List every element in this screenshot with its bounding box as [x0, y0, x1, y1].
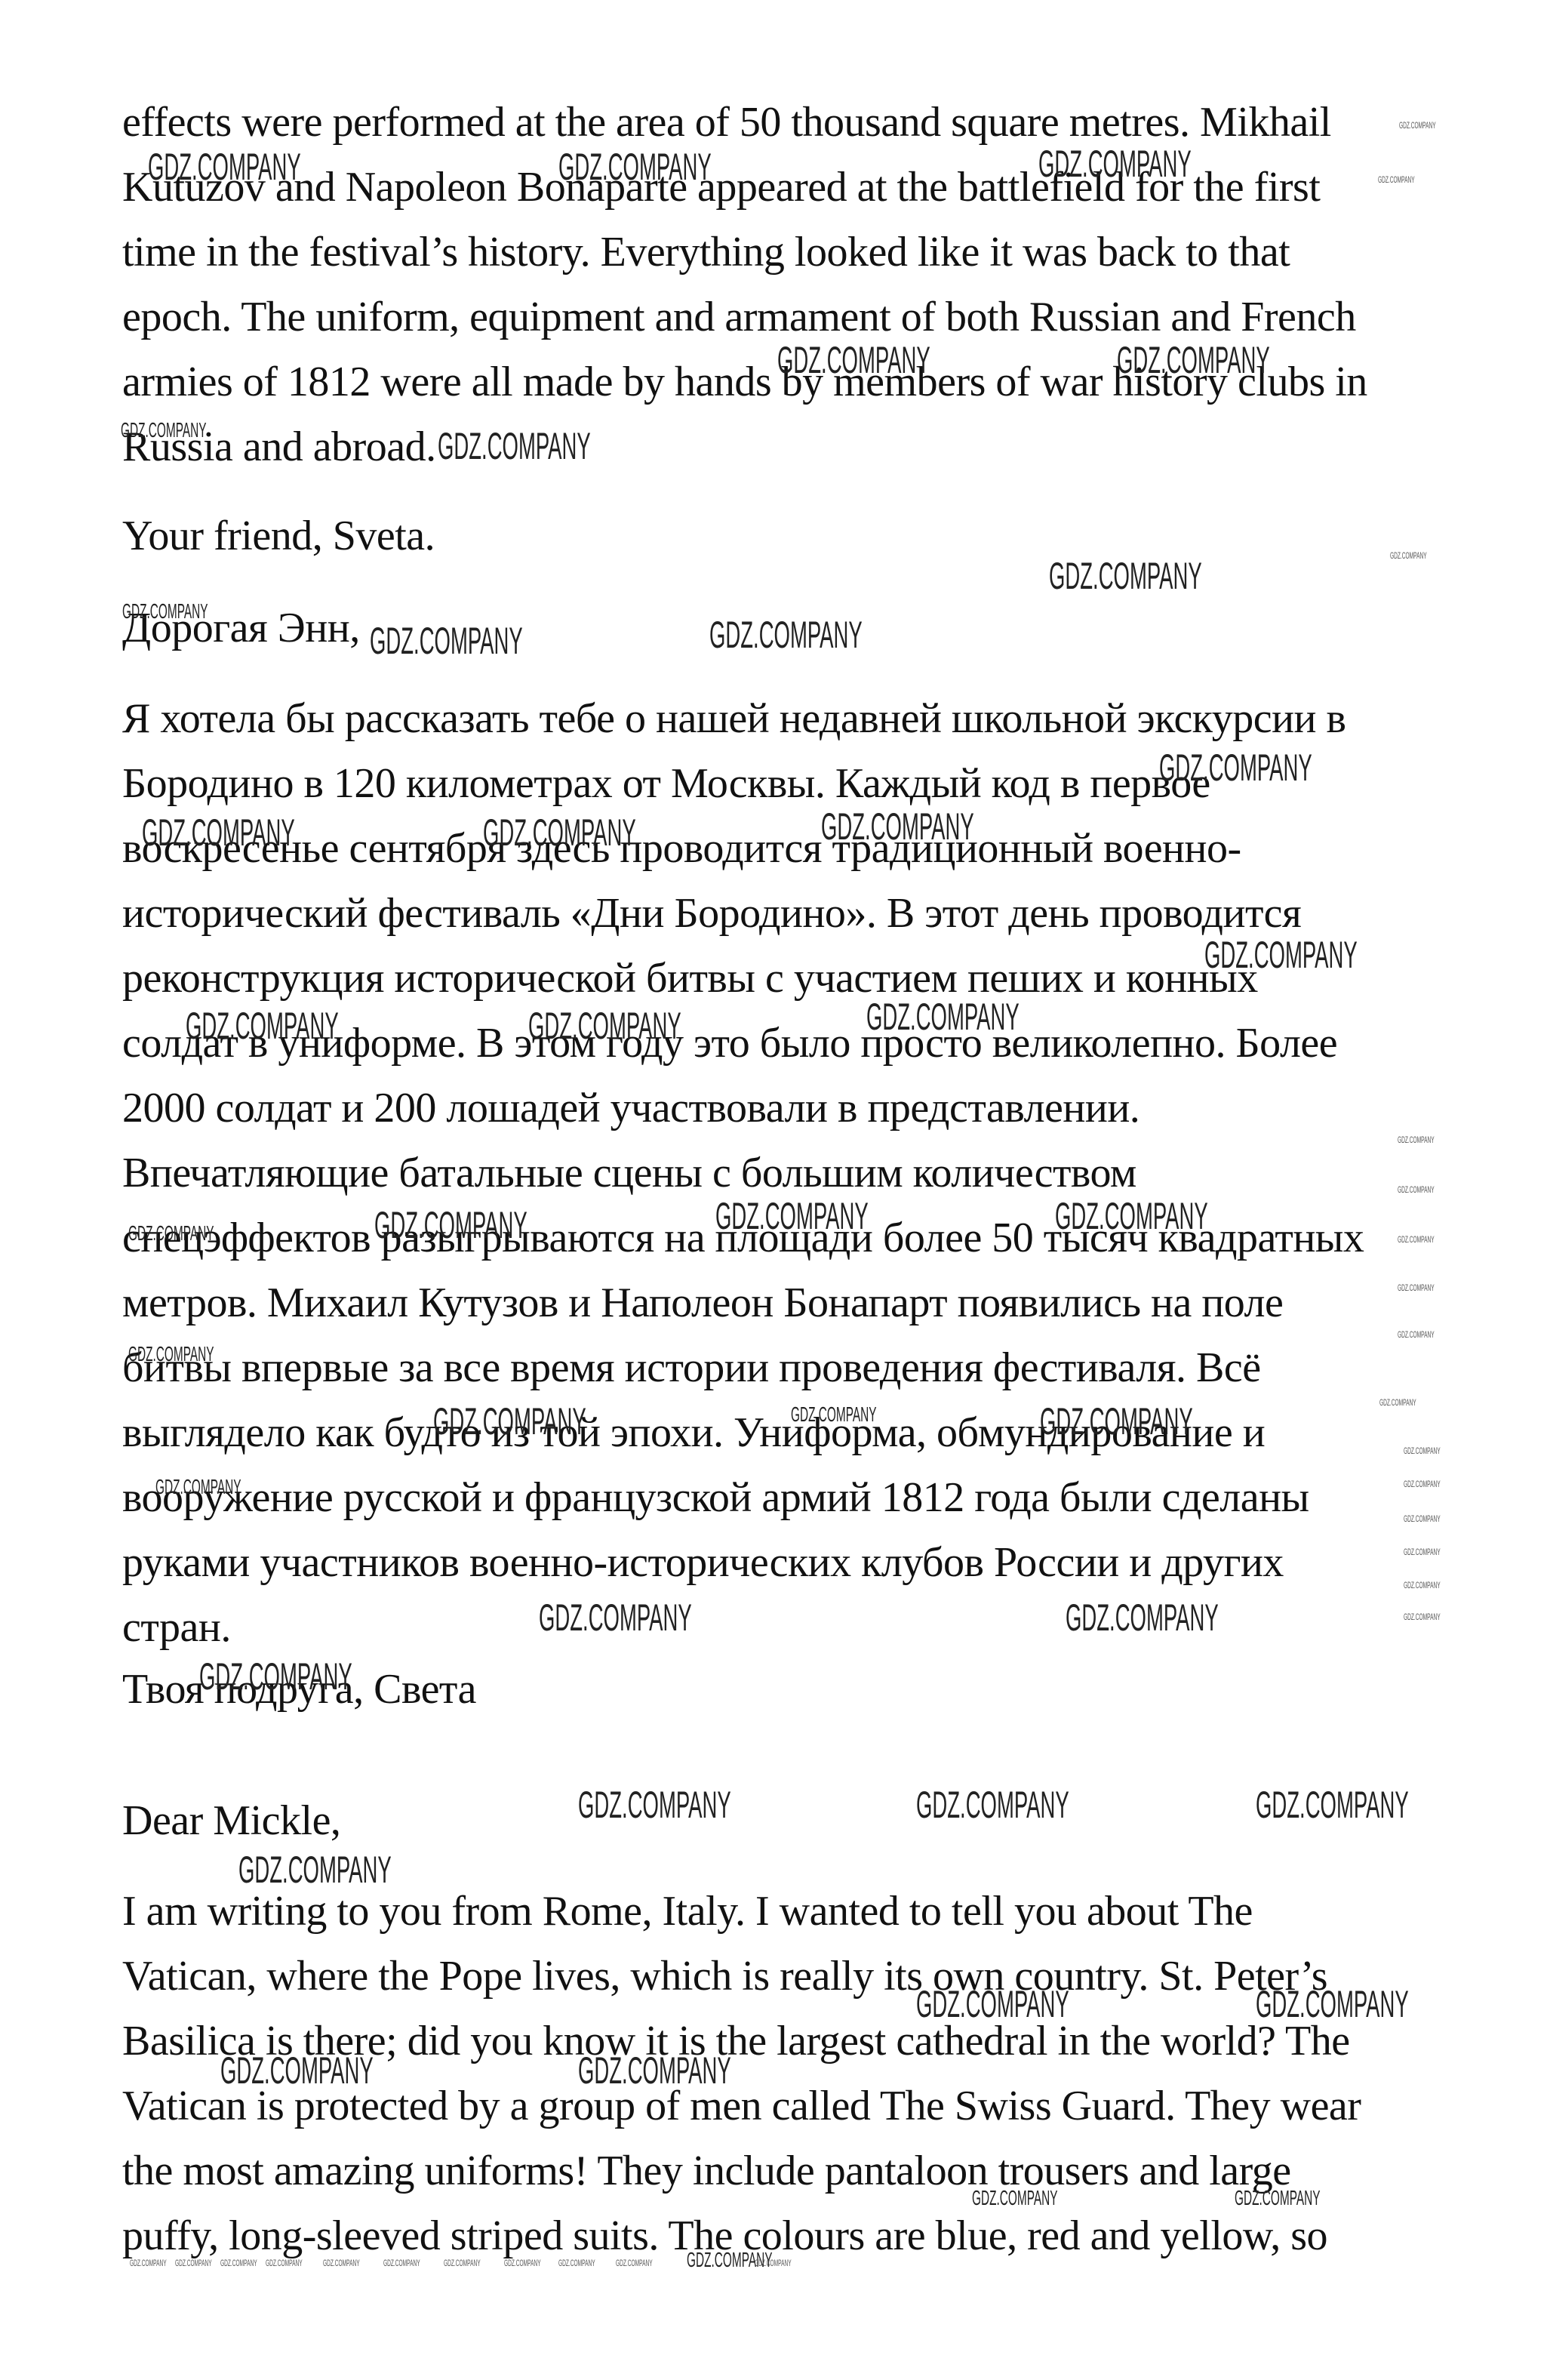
watermark: GDZ.COMPANY	[578, 1786, 731, 1824]
text-line: Basilica is there; did you know it is th…	[122, 2017, 1350, 2065]
text-line: вооружение русской и французской армий 1…	[122, 1473, 1309, 1522]
text-line: 2000 солдат и 200 лошадей участвовали в …	[122, 1084, 1139, 1132]
watermark: GDZ.COMPANY	[1066, 1599, 1219, 1636]
text-line: битвы впервые за все время истории прове…	[122, 1344, 1261, 1392]
text-line: выглядело как будто из той эпохи. Унифор…	[122, 1409, 1265, 1457]
text-line: puffy, long-sleeved striped suits. The c…	[122, 2212, 1327, 2260]
text-line: Russia and abroad.	[122, 423, 436, 471]
text-line: Впечатляющие батальные сцены с большим к…	[122, 1149, 1136, 1197]
text-line: спецэффектов разыгрываются на площади бо…	[122, 1214, 1364, 1262]
watermark: GDZ.COMPANY	[1398, 1185, 1435, 1194]
watermark: GDZ.COMPANY	[1398, 1135, 1435, 1144]
text-line: Kutuzov and Napoleon Bonaparte appeared …	[122, 163, 1320, 211]
watermark: GDZ.COMPANY	[1378, 175, 1415, 184]
signoff: Твоя подруга, Света	[122, 1665, 476, 1713]
text-line: Я хотела бы рассказать тебе о нашей неда…	[122, 694, 1346, 743]
watermark: GDZ.COMPANY	[438, 427, 591, 465]
text-line: effects were performed at the area of 50…	[122, 98, 1331, 146]
watermark: GDZ.COMPANY	[1390, 551, 1427, 560]
text-line: epoch. The uniform, equipment and armame…	[122, 293, 1356, 341]
watermark: GDZ.COMPANY	[1404, 1479, 1441, 1489]
watermark: GDZ.COMPANY	[238, 1851, 392, 1889]
watermark: GDZ.COMPANY	[1399, 121, 1436, 130]
watermark: GDZ.COMPANY	[1404, 1446, 1441, 1455]
text-line: реконструкция исторической битвы с участ…	[122, 954, 1258, 1002]
text-line: солдат в униформе. В этом году это было …	[122, 1019, 1337, 1067]
text-line: I am writing to you from Rome, Italy. I …	[122, 1887, 1253, 1935]
text-line: Vatican is protected by a group of men c…	[122, 2082, 1361, 2130]
text-line: метров. Михаил Кутузов и Наполеон Бонапа…	[122, 1279, 1283, 1327]
watermark: GDZ.COMPANY	[370, 622, 523, 660]
text-line: time in the festival’s history. Everythi…	[122, 228, 1290, 276]
watermark: GDZ.COMPANY	[1256, 1786, 1409, 1824]
watermark: GDZ.COMPANY	[1049, 557, 1202, 595]
text-line: Бородино в 120 километрах от Москвы. Каж…	[122, 759, 1210, 808]
text-line: Vatican, where the Pope lives, which is …	[122, 1952, 1327, 2000]
greeting: Dear Mickle,	[122, 1797, 340, 1845]
watermark: GDZ.COMPANY	[1398, 1283, 1435, 1292]
text-line: стран.	[122, 1603, 231, 1652]
text-line: исторический фестиваль «Дни Бородино». В…	[122, 889, 1301, 938]
watermark: GDZ.COMPANY	[539, 1599, 692, 1636]
watermark: GDZ.COMPANY	[1404, 1547, 1441, 1556]
watermark: GDZ.COMPANY	[1398, 1330, 1435, 1339]
text-line: armies of 1812 were all made by hands by…	[122, 358, 1367, 406]
watermark: GDZ.COMPANY	[1404, 1612, 1441, 1621]
watermark: GDZ.COMPANY	[1379, 1398, 1416, 1407]
text-line: руками участников военно-исторических кл…	[122, 1538, 1284, 1587]
watermark: GDZ.COMPANY	[1404, 1581, 1441, 1590]
greeting: Дорогая Энн,	[122, 604, 360, 652]
watermark: GDZ.COMPANY	[1404, 1514, 1441, 1523]
watermark: GDZ.COMPANY	[709, 616, 863, 654]
document-page: effects were performed at the area of 50…	[0, 0, 1547, 2380]
text-line: the most amazing uniforms! They include …	[122, 2147, 1291, 2195]
signoff: Your friend, Sveta.	[122, 512, 435, 560]
text-line: воскресенье сентября здесь проводится тр…	[122, 824, 1241, 873]
watermark: GDZ.COMPANY	[916, 1786, 1069, 1824]
watermark: GDZ.COMPANY	[1398, 1235, 1435, 1244]
